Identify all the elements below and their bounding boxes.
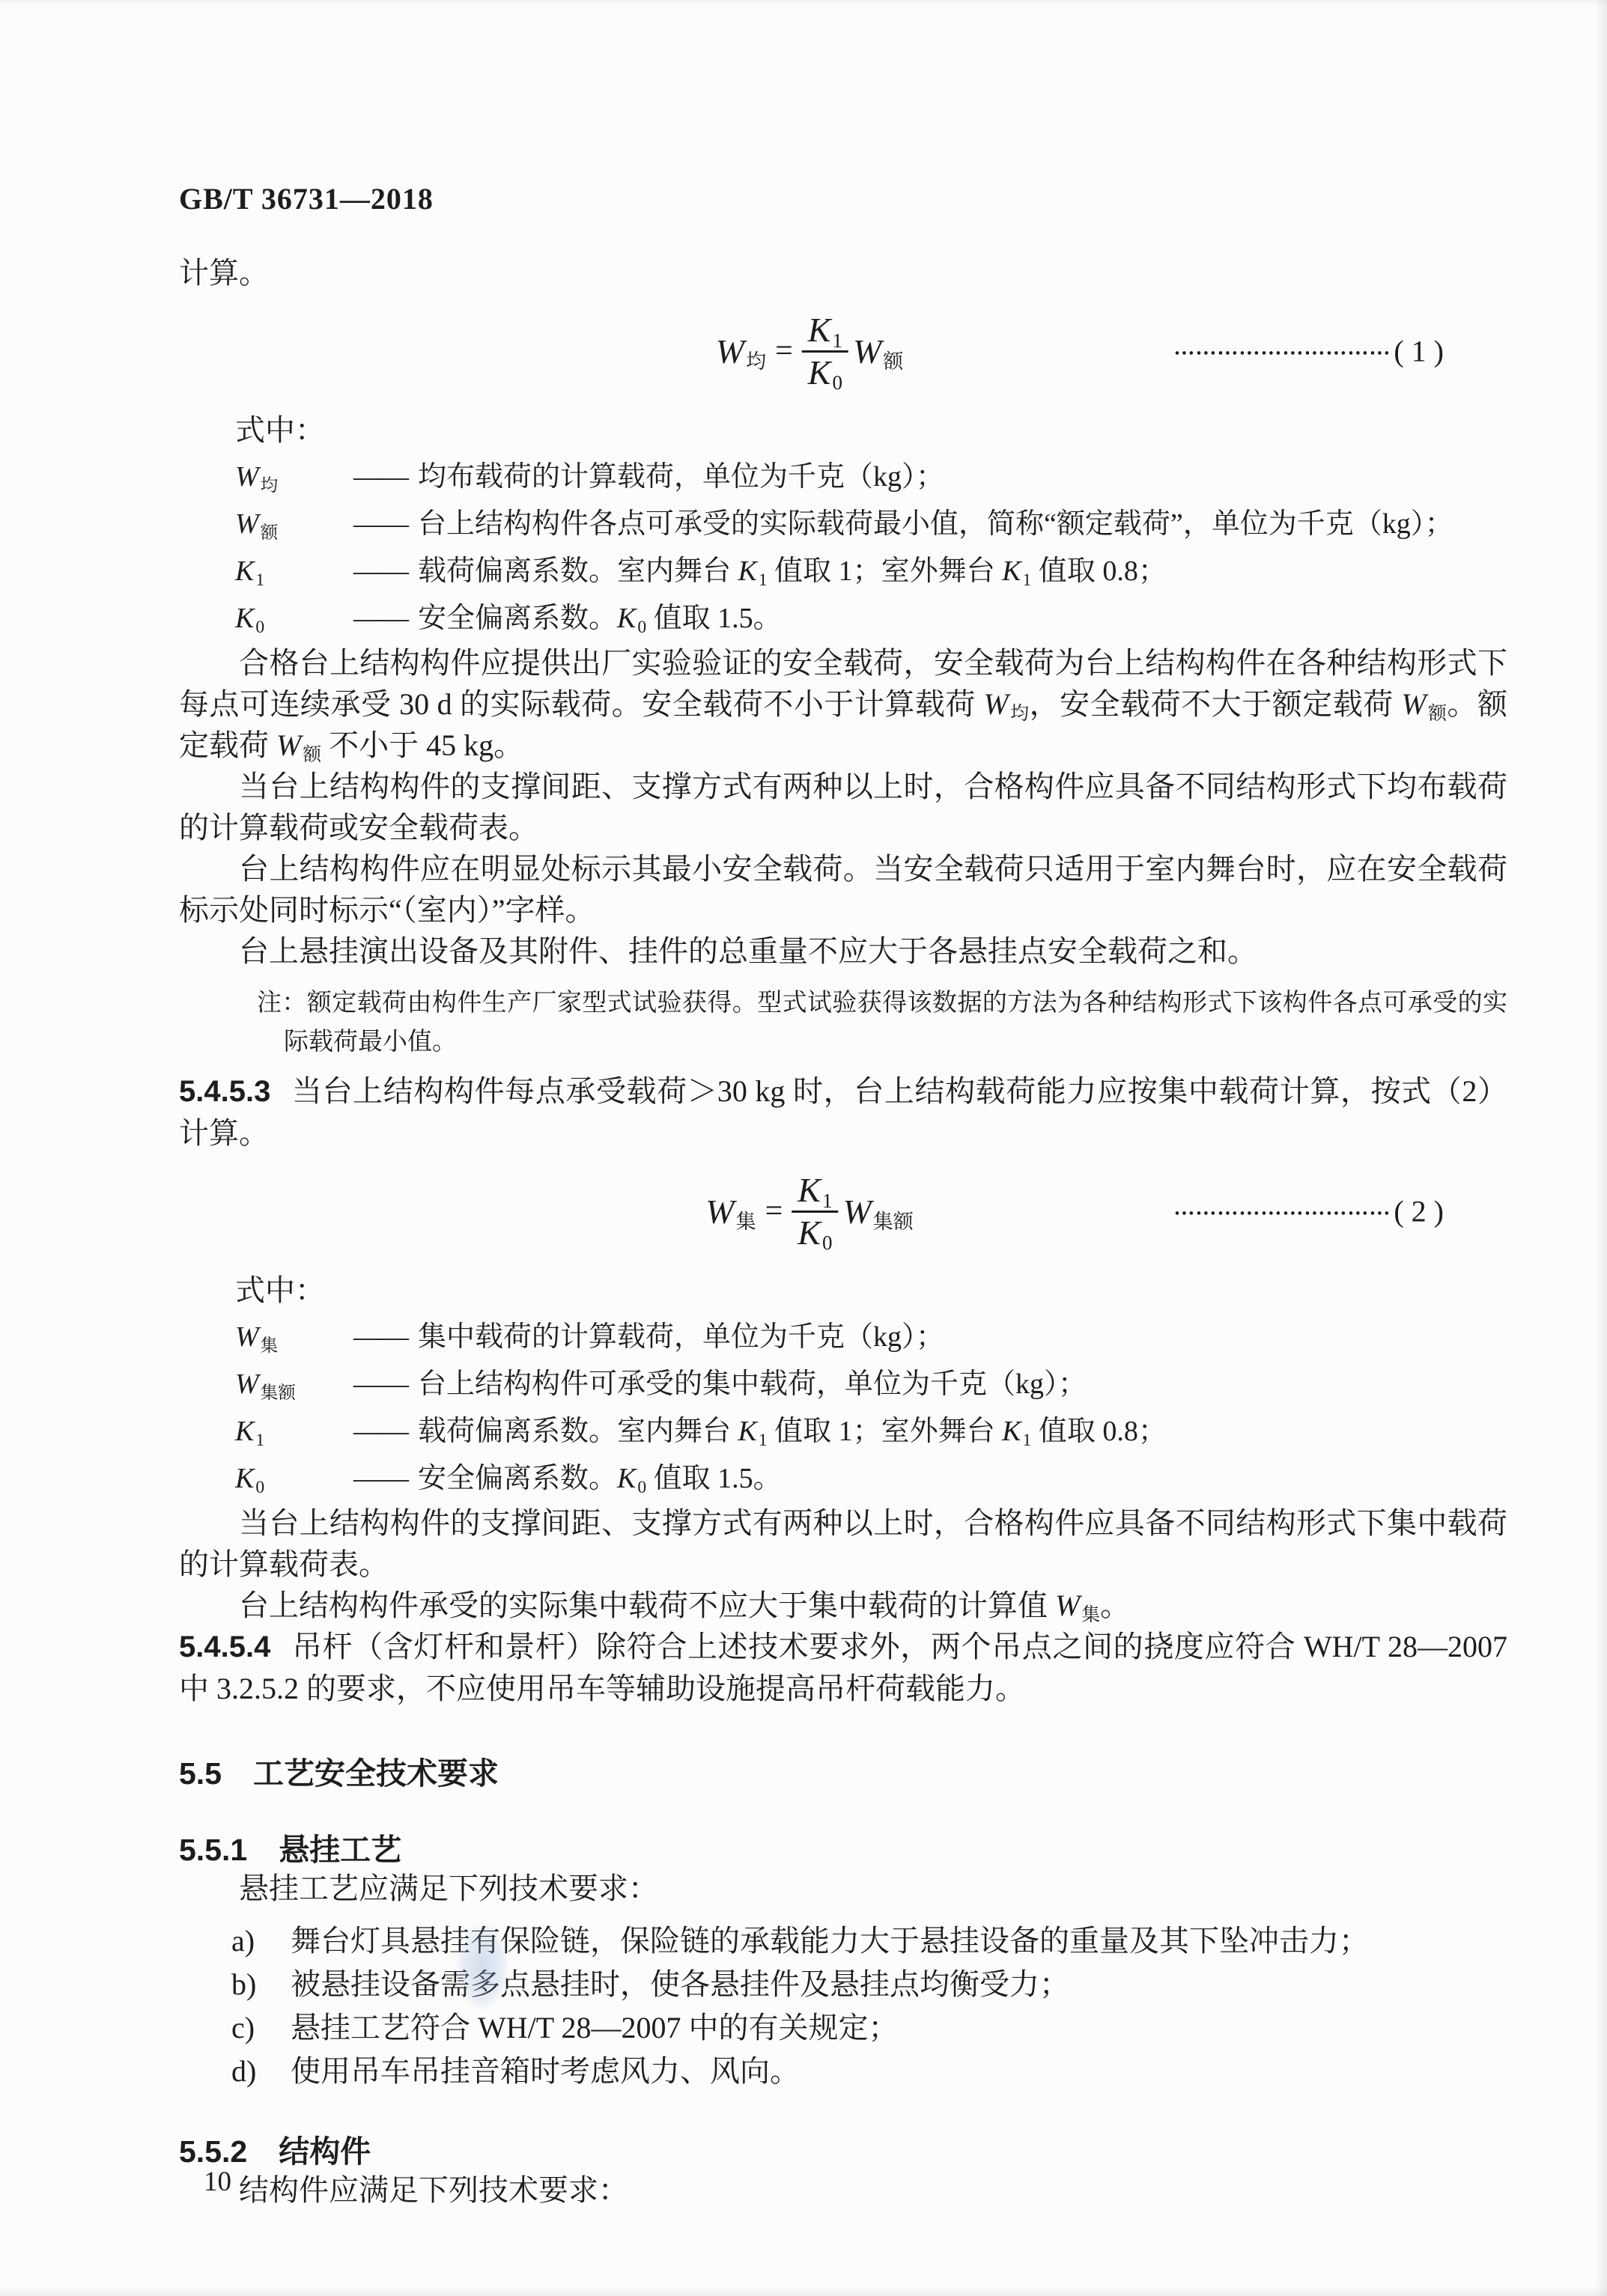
definition-dash: ——: [353, 595, 407, 642]
clause-5454-text: 吊杆（含灯杆和景杆）除符合上述技术要求外，两个吊点之间的挠度应符合 WH/T 2…: [179, 1630, 1507, 1705]
definition-row: K1 —— 载荷偏离系数。室内舞台 K1 值取 1；室外舞台 K1 值取 0.8…: [235, 1408, 1507, 1455]
formula-2-definitions: W集 —— 集中载荷的计算载荷，单位为千克（kg）； W集额 —— 台上结构构件…: [179, 1314, 1507, 1502]
definition-term: W均: [235, 454, 353, 501]
list-item: d) 使用吊车吊挂音箱时考虑风力、风向。: [231, 2050, 1507, 2093]
definition-description: 集中载荷的计算载荷，单位为千克（kg）；: [418, 1314, 1507, 1361]
heading-5-5-1-number: 5.5.1: [179, 1833, 247, 1867]
formula-2-rhs: W集额: [842, 1192, 913, 1231]
paragraph-qualified-members: 合格台上结构构件应提供出厂实验验证的安全载荷，安全载荷为台上结构构件在各种结构形…: [179, 642, 1507, 766]
definition-dash: ——: [353, 501, 407, 548]
definition-term: W额: [235, 501, 353, 548]
formula-2-lhs: W集: [705, 1192, 756, 1231]
list-item: a) 舞台灯具悬挂有保险链，保险链的承载能力大于悬挂设备的重量及其下坠冲击力；: [231, 1919, 1507, 1963]
fraction-denominator: K0: [802, 350, 848, 393]
heading-5-5-title: 工艺安全技术要求: [253, 1756, 499, 1791]
heading-5-5-2-title: 结构件: [279, 2134, 371, 2169]
heading-5-5-2: 5.5.2结构件: [179, 2134, 1507, 2169]
definition-term: K0: [235, 595, 353, 642]
document-page: GB/T 36731—2018 计算。 W均 = K1 K0 W额 …………………: [0, 0, 1607, 2296]
list-item-label: c): [231, 2006, 291, 2050]
formula-1-definitions: W均 —— 均布载荷的计算载荷，单位为千克（kg）； W额 —— 台上结构构件各…: [179, 454, 1507, 642]
definition-row: K1 —— 载荷偏离系数。室内舞台 K1 值取 1；室外舞台 K1 值取 0.8…: [235, 548, 1507, 595]
clause-5453-number: 5.4.5.3: [179, 1075, 270, 1108]
heading-5-5-2-number: 5.5.2: [179, 2134, 247, 2169]
definition-term: W集: [235, 1314, 353, 1361]
note: 注：额定载荷由构件生产厂家型式试验获得。型式试验获得该数据的方法为各种结构形式下…: [257, 984, 1507, 1062]
definition-term: K0: [235, 1455, 353, 1502]
definition-description: 载荷偏离系数。室内舞台 K1 值取 1；室外舞台 K1 值取 0.8；: [418, 548, 1507, 595]
definition-row: K0 —— 安全偏离系数。K0 值取 1.5。: [235, 595, 1507, 642]
definition-row: W集 —— 集中载荷的计算载荷，单位为千克（kg）；: [235, 1314, 1507, 1361]
definition-row: W均 —— 均布载荷的计算载荷，单位为千克（kg）；: [235, 454, 1507, 501]
where-label-2: 式中：: [235, 1267, 1507, 1314]
formula-2-number: ( 2 ): [1394, 1194, 1444, 1229]
paragraph-hanging-total: 台上悬挂演出设备及其附件、挂件的总重量不应大于各悬挂点安全载荷之和。: [179, 931, 1507, 972]
list-item-label: b): [231, 1963, 291, 2006]
definition-dash: ——: [353, 548, 407, 595]
heading-5-5-1-title: 悬挂工艺: [279, 1833, 401, 1867]
definition-description: 载荷偏离系数。室内舞台 K1 值取 1；室外舞台 K1 值取 0.8；: [418, 1408, 1507, 1455]
formula-1-expression: W均 = K1 K0 W额: [716, 310, 904, 392]
list-item-label: a): [231, 1919, 291, 1963]
definition-description: 安全偏离系数。K0 值取 1.5。: [418, 1455, 1507, 1502]
list-item: b) 被悬挂设备需多点悬挂时，使各悬挂件及悬挂点均衡受力；: [231, 1963, 1507, 2006]
paragraph-hanging-requirements: 悬挂工艺应满足下列技术要求：: [179, 1868, 1507, 1909]
heading-5-5-1: 5.5.1悬挂工艺: [179, 1832, 1507, 1868]
heading-5-5-number: 5.5: [179, 1756, 222, 1791]
clause-5454: 5.4.5.4吊杆（含灯杆和景杆）除符合上述技术要求外，两个吊点之间的挠度应符合…: [179, 1626, 1507, 1709]
scan-artifact-blue-smudge: [446, 1906, 518, 2027]
note-label: 注：: [257, 990, 307, 1017]
paragraph-structural-requirements: 结构件应满足下列技术要求：: [179, 2169, 1507, 2211]
formula-1-lhs: W均: [716, 332, 766, 371]
definition-description: 均布载荷的计算载荷，单位为千克（kg）；: [418, 454, 1507, 501]
note-text: 额定载荷由构件生产厂家型式试验获得。型式试验获得该数据的方法为各种结构形式下该构…: [284, 990, 1507, 1056]
definition-term: K1: [235, 548, 353, 595]
heading-5-5: 5.5工艺安全技术要求: [179, 1756, 1507, 1791]
paragraph-marking: 台上结构构件应在明显处标示其最小安全载荷。当安全载荷只适用于室内舞台时，应在安全…: [179, 848, 1507, 931]
list-item-text: 使用吊车吊挂音箱时考虑风力、风向。: [291, 2050, 1507, 2093]
definition-description: 台上结构构件各点可承受的实际载荷最小值，简称“额定载荷”，单位为千克（kg）；: [418, 501, 1507, 548]
dot-leader: …………………………: [1173, 336, 1391, 360]
paragraph-support-uniform: 当台上结构构件的支撑间距、支撑方式有两种以上时，合格构件应具备不同结构形式下均布…: [179, 766, 1507, 848]
page-content: GB/T 36731—2018 计算。 W均 = K1 K0 W额 …………………: [0, 0, 1607, 2211]
where-label-1: 式中：: [235, 407, 1507, 454]
formula-2: W集 = K1 K0 W集额 ………………………… ( 2 ): [179, 1164, 1507, 1258]
definition-dash: ——: [353, 1455, 407, 1502]
formula-1-number: ( 1 ): [1394, 334, 1444, 369]
definition-term: K1: [235, 1408, 353, 1455]
equals-sign: =: [765, 1193, 783, 1229]
formula-1-leader: ………………………… ( 1 ): [1173, 334, 1444, 369]
definition-dash: ——: [353, 1314, 407, 1361]
standard-code: GB/T 36731—2018: [179, 182, 1507, 216]
clause-5453-text: 当台上结构构件每点承受载荷＞30 kg 时，台上结构载荷能力应按集中载荷计算，按…: [179, 1074, 1507, 1150]
dot-leader: …………………………: [1173, 1196, 1391, 1220]
page-number: 10: [204, 2166, 231, 2198]
formula-1: W均 = K1 K0 W额 ………………………… ( 1 ): [179, 304, 1507, 398]
hanging-requirements-list: a) 舞台灯具悬挂有保险链，保险链的承载能力大于悬挂设备的重量及其下坠冲击力； …: [179, 1919, 1507, 2093]
definition-row: W额 —— 台上结构构件各点可承受的实际载荷最小值，简称“额定载荷”，单位为千克…: [235, 501, 1507, 548]
list-item: c) 悬挂工艺符合 WH/T 28—2007 中的有关规定；: [231, 2006, 1507, 2050]
fraction-denominator: K0: [792, 1211, 838, 1253]
definition-dash: ——: [353, 454, 407, 501]
definition-row: K0 —— 安全偏离系数。K0 值取 1.5。: [235, 1455, 1507, 1502]
fraction-numerator: K1: [802, 310, 848, 350]
clause-5454-number: 5.4.5.4: [179, 1630, 270, 1663]
definition-description: 台上结构构件可承受的集中载荷，单位为千克（kg）；: [418, 1361, 1507, 1408]
equals-sign: =: [775, 333, 793, 369]
definition-row: W集额 —— 台上结构构件可承受的集中载荷，单位为千克（kg）；: [235, 1361, 1507, 1408]
list-item-label: d): [231, 2050, 291, 2093]
definition-description: 安全偏离系数。K0 值取 1.5。: [418, 595, 1507, 642]
scan-edge-shadow-bottom: [0, 2286, 1607, 2296]
definition-term: W集额: [235, 1361, 353, 1408]
formula-1-rhs: W额: [853, 332, 903, 371]
definition-dash: ——: [353, 1361, 407, 1408]
fraction: K1 K0: [802, 310, 848, 392]
paragraph-actual-concentrated: 台上结构构件承受的实际集中载荷不应大于集中载荷的计算值 W集。: [179, 1585, 1507, 1626]
paragraph-support-concentrated: 当台上结构构件的支撑间距、支撑方式有两种以上时，合格构件应具备不同结构形式下集中…: [179, 1502, 1507, 1585]
formula-2-expression: W集 = K1 K0 W集额: [705, 1170, 914, 1252]
fraction: K1 K0: [792, 1170, 838, 1252]
fraction-numerator: K1: [792, 1170, 838, 1211]
definition-dash: ——: [353, 1408, 407, 1455]
clause-5453: 5.4.5.3当台上结构构件每点承受载荷＞30 kg 时，台上结构载荷能力应按集…: [179, 1071, 1507, 1154]
formula-2-leader: ………………………… ( 2 ): [1173, 1194, 1444, 1229]
clause-5452-continuation: 计算。: [179, 252, 1507, 293]
